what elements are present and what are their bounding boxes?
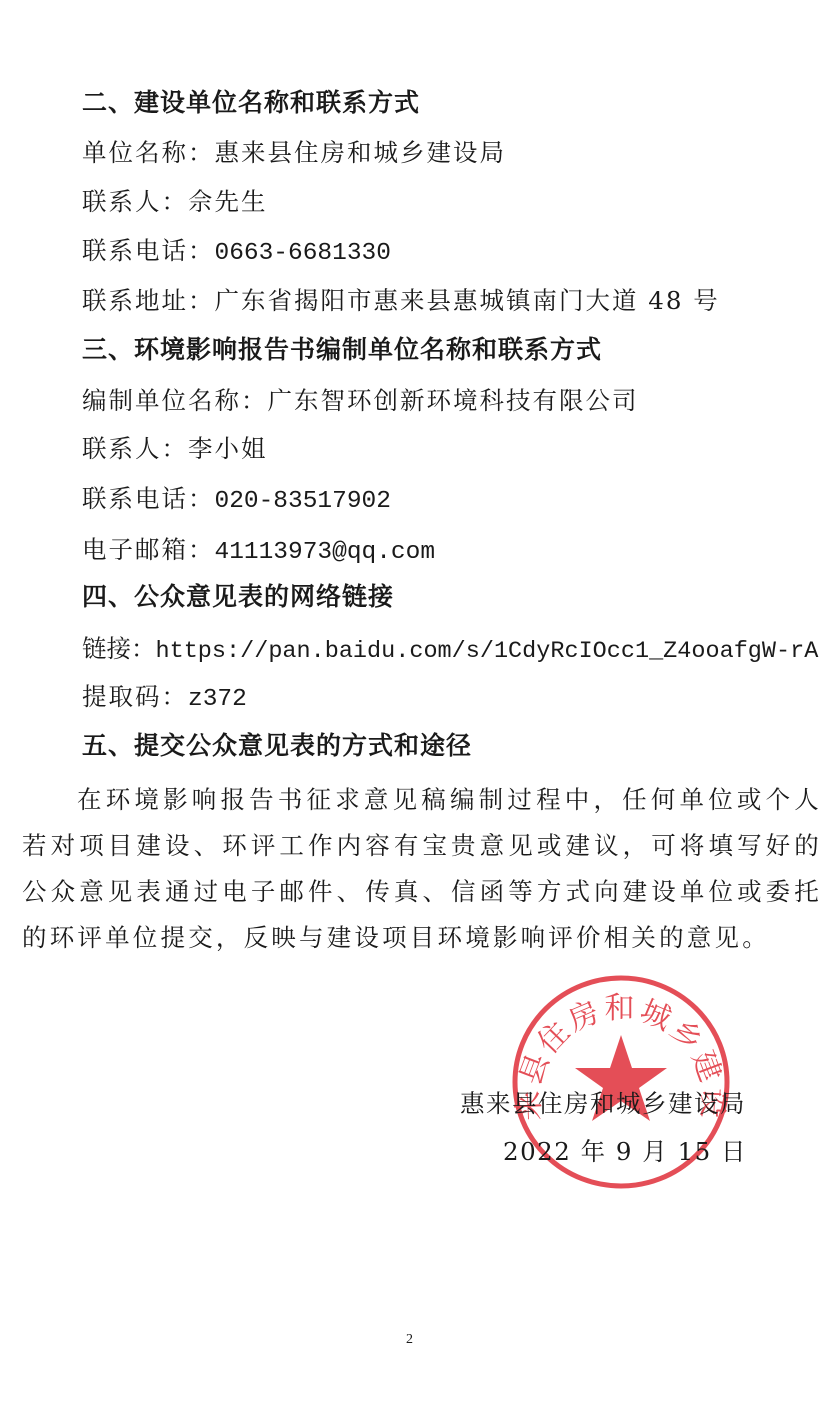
value: 李小姐 xyxy=(188,434,268,463)
label: 联系电话： xyxy=(82,484,215,513)
submission-paragraph: 在环境影响报告书征求意见稿编制过程中，任何单位或个人若对项目建设、环评工作内容有… xyxy=(22,777,822,961)
builder-unit-name: 单位名称：惠来县住房和城乡建设局 xyxy=(82,138,506,168)
value: z372 xyxy=(188,686,247,713)
label: 联系地址： xyxy=(82,286,215,315)
value: 广东智环创新环境科技有限公司 xyxy=(268,386,639,415)
label: 联系电话： xyxy=(82,236,215,265)
builder-contact-person: 联系人：佘先生 xyxy=(82,187,268,217)
value[interactable]: 41113973@qq.com xyxy=(215,539,436,566)
label: 单位名称： xyxy=(82,138,215,167)
value: 佘先生 xyxy=(188,187,268,216)
section-2-heading: 二、建设单位名称和联系方式 xyxy=(82,88,420,118)
eia-unit-name: 编制单位名称：广东智环创新环境科技有限公司 xyxy=(82,386,639,416)
builder-address: 联系地址：广东省揭阳市惠来县惠城镇南门大道 48 号 xyxy=(82,286,720,316)
eia-email: 电子邮箱：41113973@qq.com xyxy=(82,535,435,568)
label: 链接： xyxy=(82,634,156,663)
label: 提取码： xyxy=(82,682,188,711)
label: 编制单位名称： xyxy=(82,386,268,415)
signature-org: 惠来县住房和城乡建设局 xyxy=(460,1085,746,1120)
value: 惠来县住房和城乡建设局 xyxy=(215,138,507,167)
page-number: 2 xyxy=(406,1332,413,1348)
section-5-heading: 五、提交公众意见表的方式和途径 xyxy=(82,731,472,761)
value: 0663-6681330 xyxy=(215,240,391,267)
value: 广东省揭阳市惠来县惠城镇南门大道 48 号 xyxy=(215,286,720,315)
section-3-heading: 三、环境影响报告书编制单位名称和联系方式 xyxy=(82,335,602,365)
signature-date: 2022 年 9 月 15 日 xyxy=(503,1133,747,1168)
extraction-code: 提取码：z372 xyxy=(82,682,247,715)
label: 电子邮箱： xyxy=(82,535,215,564)
section-4-heading: 四、公众意见表的网络链接 xyxy=(82,582,394,612)
link-url[interactable]: https://pan.baidu.com/s/1CdyRcIOcc1_Z4oo… xyxy=(156,638,819,665)
eia-phone: 联系电话：020-83517902 xyxy=(82,484,391,517)
public-form-link: 链接：https://pan.baidu.com/s/1CdyRcIOcc1_Z… xyxy=(82,634,818,667)
eia-contact-person: 联系人：李小姐 xyxy=(82,434,268,464)
label: 联系人： xyxy=(82,434,188,463)
builder-phone: 联系电话：0663-6681330 xyxy=(82,236,391,269)
value: 020-83517902 xyxy=(215,488,391,515)
label: 联系人： xyxy=(82,187,188,216)
